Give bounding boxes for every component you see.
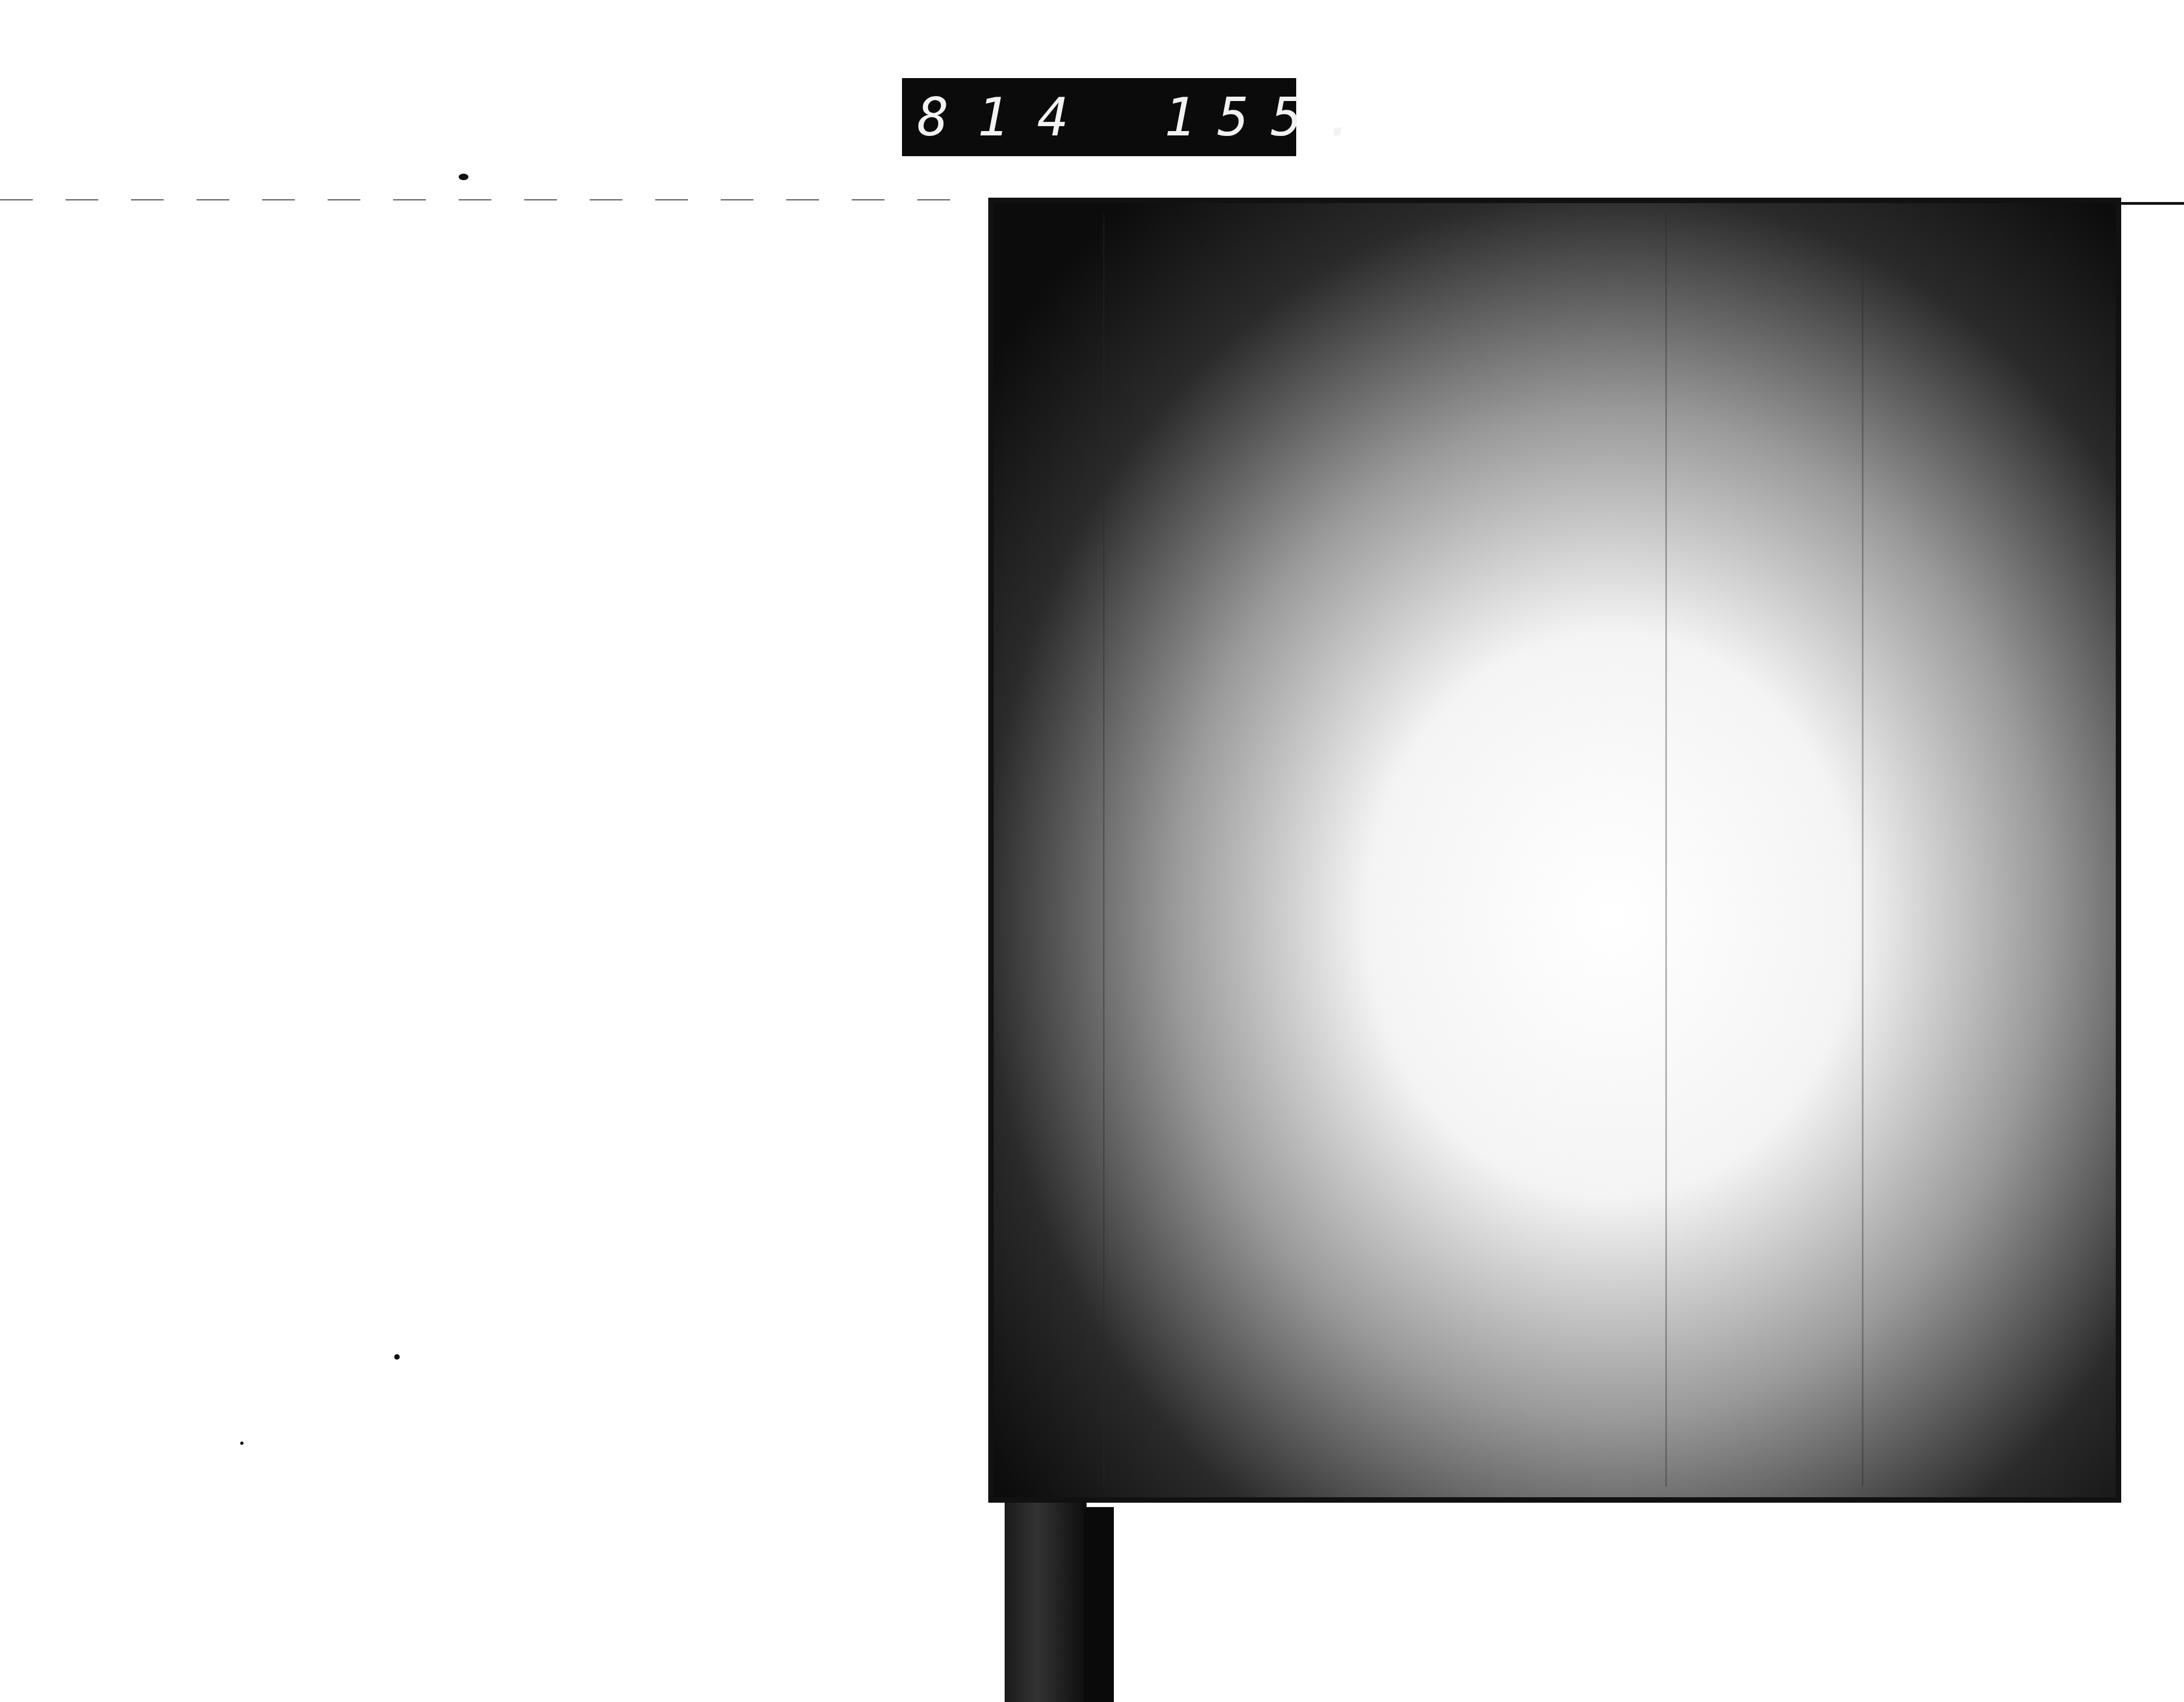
cover-fold-line <box>1862 214 1863 1486</box>
book-cover <box>988 198 2121 1503</box>
frame-number: 155. <box>1164 87 1378 148</box>
reel-number: 814 <box>917 87 1097 148</box>
scan-speck <box>240 1442 244 1445</box>
left-guide-line <box>0 199 983 200</box>
cover-fold-line <box>1103 214 1105 1486</box>
book-spine-tail <box>1084 1507 1114 1702</box>
cover-fold-line <box>1665 214 1667 1486</box>
scan-speck <box>394 1354 400 1360</box>
scan-speck <box>459 174 468 180</box>
frame-number-label: 814 155. <box>902 78 1296 156</box>
